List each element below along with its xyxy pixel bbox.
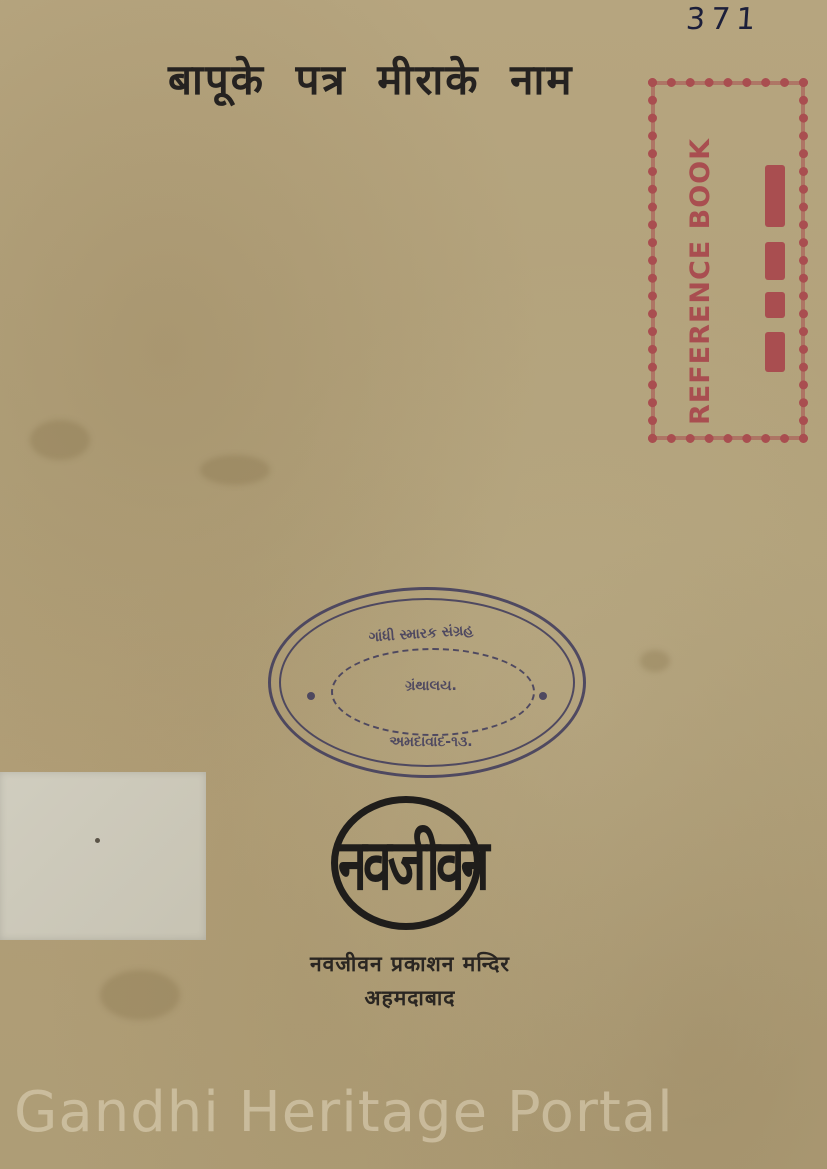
stamp-dot bbox=[307, 692, 315, 700]
reference-stamp-text: REFERENCE BOOK bbox=[685, 138, 716, 425]
library-stamp-bottom-text: અમદાવાદ-૧૩. bbox=[331, 734, 531, 750]
stain bbox=[100, 970, 180, 1020]
stamp-bar bbox=[765, 165, 785, 227]
spine-label-patch bbox=[0, 772, 206, 940]
stamp-bar bbox=[765, 332, 785, 372]
logo-text: नवजीवन bbox=[338, 815, 474, 911]
stain bbox=[30, 420, 90, 460]
navajivan-logo: नवजीवन bbox=[331, 796, 481, 930]
publisher-city: अहमदाबाद bbox=[240, 984, 580, 1012]
reference-book-stamp: REFERENCE BOOK bbox=[648, 78, 808, 443]
stamp-dot bbox=[539, 692, 547, 700]
watermark: Gandhi Heritage Portal bbox=[14, 1080, 824, 1145]
stamp-bar bbox=[765, 292, 785, 318]
handwritten-shelf-number: 371 bbox=[685, 2, 763, 37]
publisher-name: नवजीवन प्रकाशन मन्दिर bbox=[240, 950, 580, 978]
library-stamp-middle-text: ગ્રંથાલય. bbox=[331, 678, 531, 694]
label-spot bbox=[95, 838, 100, 843]
stain bbox=[640, 650, 670, 672]
stain bbox=[200, 455, 270, 485]
library-stamp: ગાંધી સ્મારક સંગ્રહ ગ્રંથાલય. અમદાવાદ-૧૩… bbox=[268, 587, 586, 778]
stamp-bar bbox=[765, 242, 785, 280]
book-title: बापूके पत्र मीराके नाम bbox=[168, 50, 628, 107]
